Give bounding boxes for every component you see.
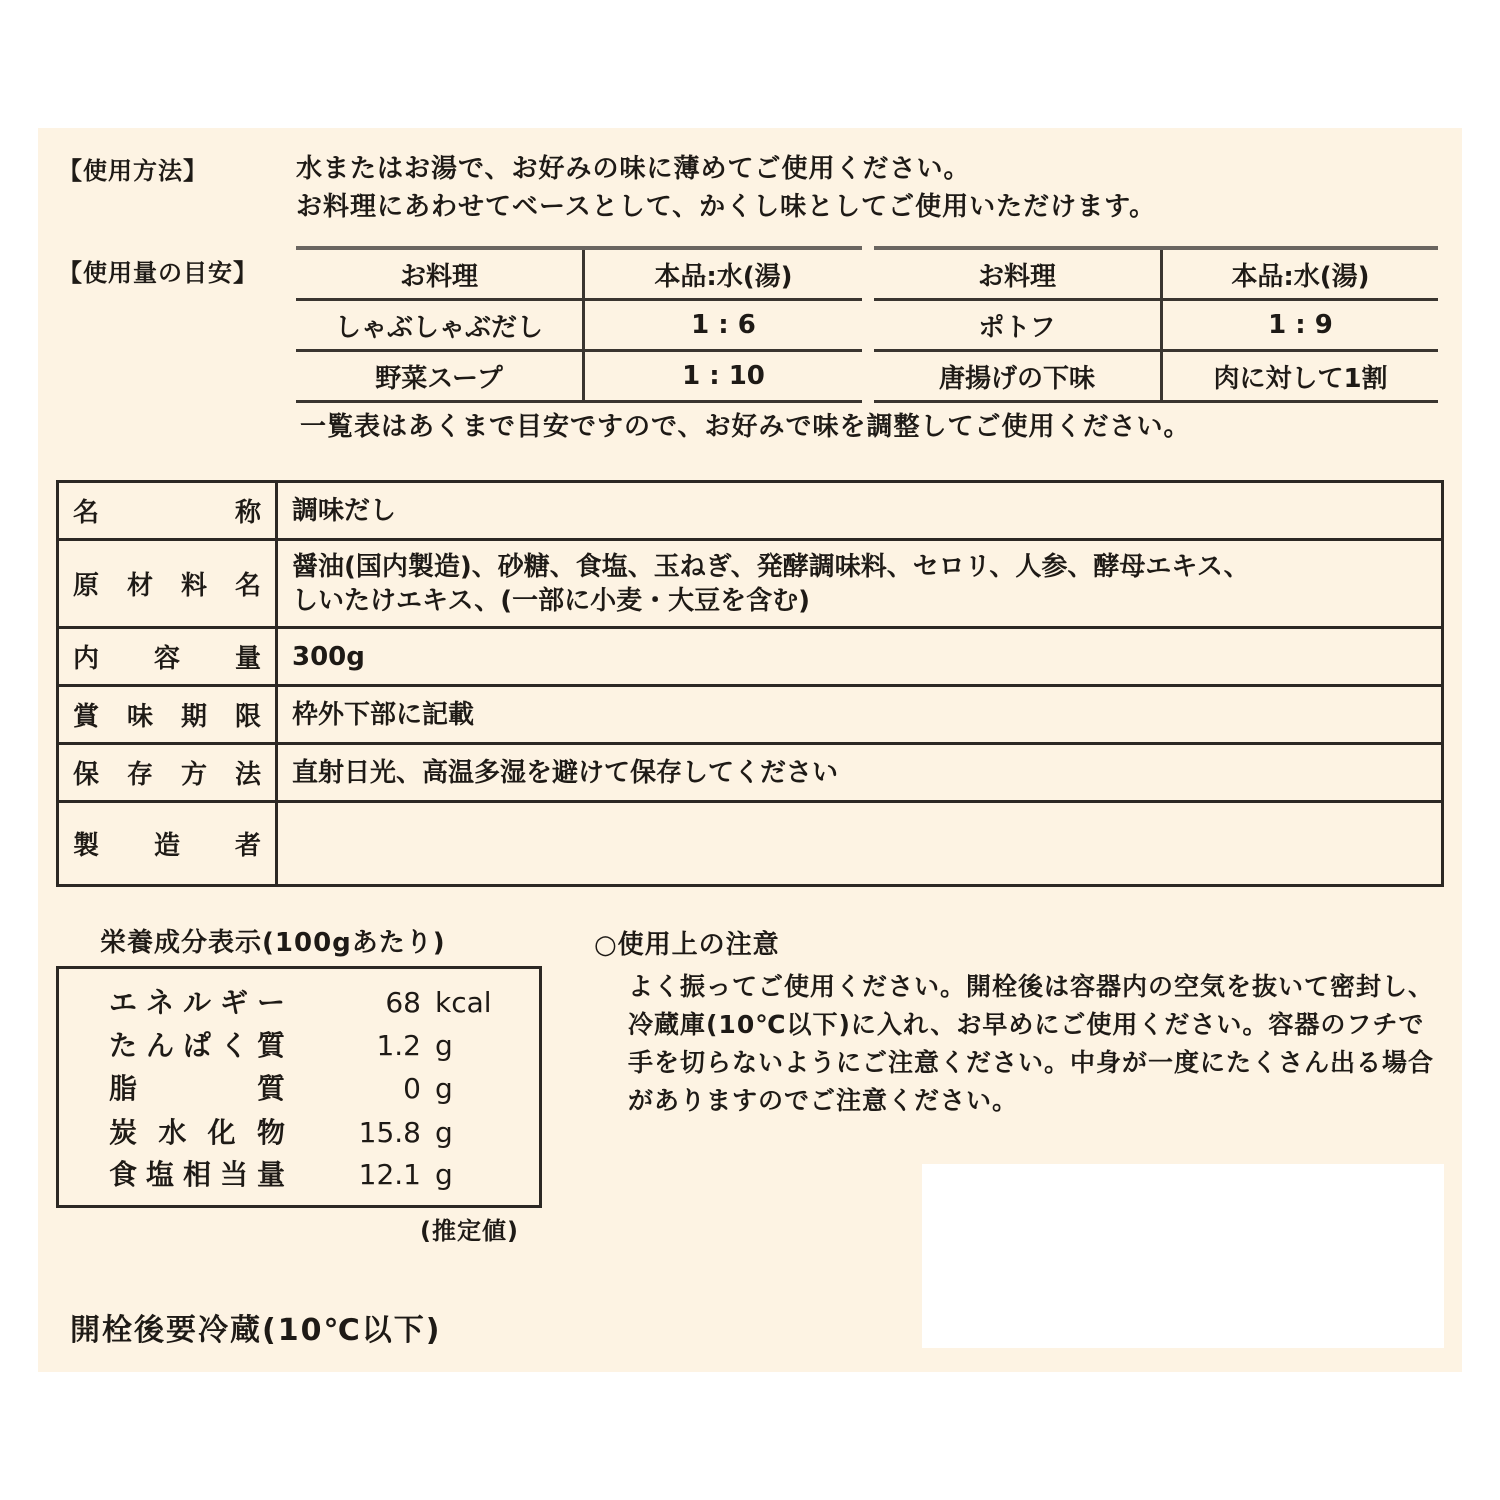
dish-cell: しゃぶしゃぶだし	[296, 300, 584, 351]
spec-key: 原材料名	[58, 540, 277, 628]
nutrition-value: 0	[305, 1067, 421, 1111]
header-ratio: 本品:水(湯)	[584, 248, 863, 300]
spec-value: 調味だし	[277, 482, 1443, 540]
nutrition-unit: g	[435, 1067, 453, 1111]
dish-cell: ポトフ	[874, 300, 1162, 351]
usage-text: 水またはお湯で、お好みの味に薄めてご使用ください。 お料理にあわせてベースとして…	[296, 150, 1156, 226]
dish-cell: 唐揚げの下味	[874, 351, 1162, 402]
ratio-row: しゃぶしゃぶだし 1 : 6	[296, 300, 862, 351]
nutrition-title: 栄養成分表示(100gあたり)	[100, 924, 446, 962]
nutrition-value: 68	[305, 981, 421, 1025]
spec-row-storage: 保存方法 直射日光、高温多湿を避けて保存してください	[58, 744, 1443, 802]
caution-title: ○使用上の注意	[594, 926, 780, 964]
amount-note: 一覧表はあくまで目安ですので、お好みで味を調整してご使用ください。	[300, 408, 1190, 446]
ratio-cell: 1 : 6	[584, 300, 863, 351]
spec-value: 枠外下部に記載	[277, 686, 1443, 744]
usage-line-2: お料理にあわせてベースとして、かくし味としてご使用いただけます。	[296, 188, 1156, 226]
nutrition-key: エネルギー	[109, 981, 285, 1025]
spec-row-bestbefore: 賞味期限 枠外下部に記載	[58, 686, 1443, 744]
nutrition-row: 食塩相当量 12.1 g	[109, 1153, 453, 1197]
nutrition-unit: g	[435, 1024, 453, 1068]
header-ratio: 本品:水(湯)	[1162, 248, 1439, 300]
spec-row-volume: 内容量 300g	[58, 628, 1443, 686]
spec-value: 直射日光、高温多湿を避けて保存してください	[277, 744, 1443, 802]
spec-key: 製造者	[58, 802, 277, 886]
nutrition-unit: g	[435, 1111, 453, 1155]
ratio-header-row: お料理 本品:水(湯)	[296, 248, 862, 300]
blank-print-area	[922, 1164, 1444, 1348]
nutrition-row: 炭水化物 15.8 g	[109, 1111, 453, 1155]
ratio-row: 唐揚げの下味 肉に対して1割	[874, 351, 1438, 402]
dish-cell: 野菜スープ	[296, 351, 584, 402]
caution-text: よく振ってご使用ください。開栓後は容器内の空気を抜いて密封し、冷蔵庫(10℃以下…	[628, 968, 1448, 1120]
nutrition-unit: kcal	[435, 981, 492, 1025]
spec-table: 名称 調味だし 原材料名 醤油(国内製造)、砂糖、食塩、玉ねぎ、発酵調味料、セロ…	[56, 480, 1444, 887]
estimate-note: (推定値)	[420, 1212, 519, 1250]
amount-label: 【使用量の目安】	[58, 254, 258, 292]
spec-value: 300g	[277, 628, 1443, 686]
nutrition-key: たんぱく質	[109, 1024, 285, 1068]
header-dish: お料理	[296, 248, 584, 300]
spec-key: 名称	[58, 482, 277, 540]
nutrition-key: 脂質	[109, 1067, 285, 1111]
nutrition-box: エネルギー 68 kcal たんぱく質 1.2 g 脂質 0 g 炭水化物 15…	[56, 966, 542, 1208]
spec-key: 賞味期限	[58, 686, 277, 744]
ratio-header-row: お料理 本品:水(湯)	[874, 248, 1438, 300]
spec-row-ingredients: 原材料名 醤油(国内製造)、砂糖、食塩、玉ねぎ、発酵調味料、セロリ、人参、酵母エ…	[58, 540, 1443, 628]
nutrition-row: エネルギー 68 kcal	[109, 981, 492, 1025]
ratio-cell: 1 : 9	[1162, 300, 1439, 351]
ratio-cell: 肉に対して1割	[1162, 351, 1439, 402]
label-panel: 【使用方法】 水またはお湯で、お好みの味に薄めてご使用ください。 お料理にあわせ…	[38, 128, 1462, 1372]
ratio-row: 野菜スープ 1 : 10	[296, 351, 862, 402]
usage-label: 【使用方法】	[58, 152, 208, 190]
spec-row-name: 名称 調味だし	[58, 482, 1443, 540]
ratio-cell: 1 : 10	[584, 351, 863, 402]
ratio-row: ポトフ 1 : 9	[874, 300, 1438, 351]
spec-key: 内容量	[58, 628, 277, 686]
nutrition-key: 食塩相当量	[109, 1153, 285, 1197]
storage-notice: 開栓後要冷蔵(10℃以下)	[70, 1312, 442, 1350]
spec-value	[277, 802, 1443, 886]
nutrition-row: 脂質 0 g	[109, 1067, 453, 1111]
nutrition-value: 12.1	[305, 1153, 421, 1197]
nutrition-value: 15.8	[305, 1111, 421, 1155]
nutrition-row: たんぱく質 1.2 g	[109, 1024, 453, 1068]
ratio-table-right: お料理 本品:水(湯) ポトフ 1 : 9 唐揚げの下味 肉に対して1割	[874, 246, 1438, 403]
header-dish: お料理	[874, 248, 1162, 300]
usage-line-1: 水またはお湯で、お好みの味に薄めてご使用ください。	[296, 150, 1156, 188]
spec-row-manufacturer: 製造者	[58, 802, 1443, 886]
ratio-table-left: お料理 本品:水(湯) しゃぶしゃぶだし 1 : 6 野菜スープ 1 : 10	[296, 246, 862, 403]
nutrition-value: 1.2	[305, 1024, 421, 1068]
nutrition-unit: g	[435, 1153, 453, 1197]
spec-value: 醤油(国内製造)、砂糖、食塩、玉ねぎ、発酵調味料、セロリ、人参、酵母エキス、 し…	[277, 540, 1443, 628]
nutrition-key: 炭水化物	[109, 1111, 285, 1155]
spec-key: 保存方法	[58, 744, 277, 802]
